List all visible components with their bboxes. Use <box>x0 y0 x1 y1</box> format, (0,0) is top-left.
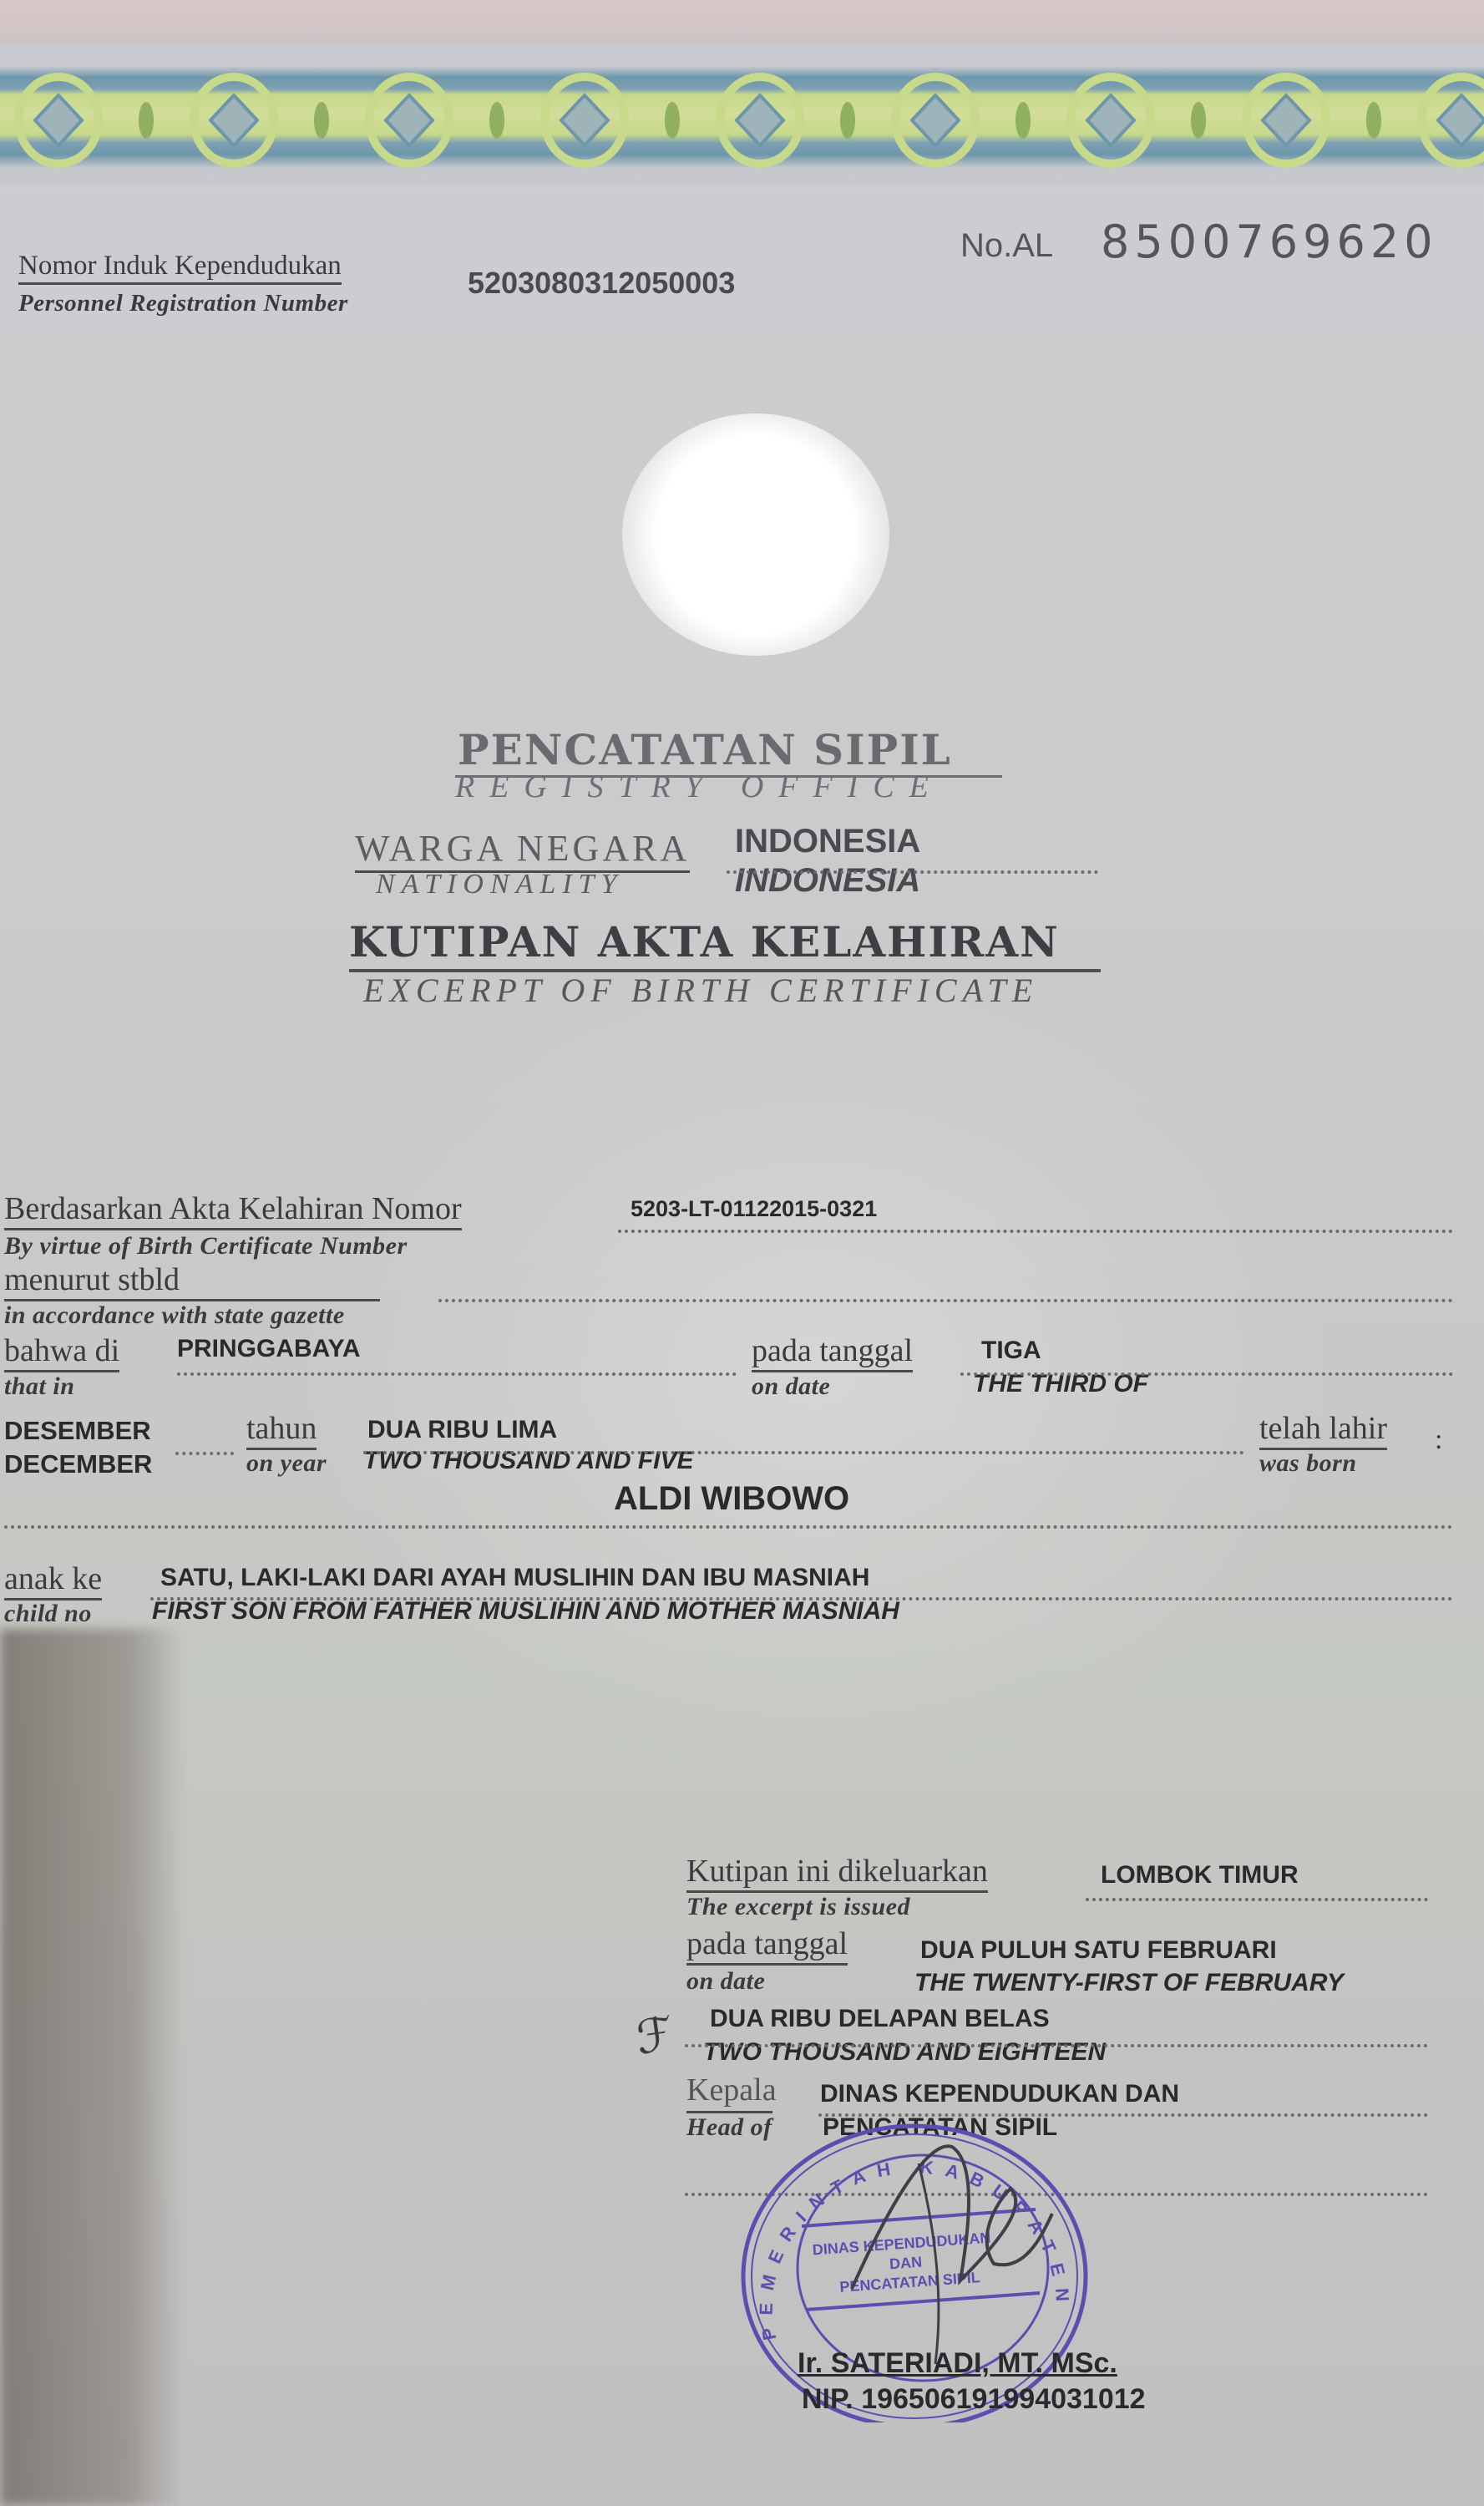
issue-date-value-en: THE TWENTY-FIRST OF FEBRUARY <box>914 1969 1344 1997</box>
born-label-en: was born <box>1259 1449 1357 1478</box>
stbld-label-id-text: menurut stbld <box>4 1262 380 1301</box>
issue-date-label-en: on date <box>686 1967 765 1996</box>
serial-number: 8500769620 <box>1101 216 1438 268</box>
place-label-id: bahwa di <box>4 1332 119 1369</box>
issue-date-label-id-text: pada tanggal <box>686 1926 848 1966</box>
official-name: Ir. SATERIADI, MT. MSc. <box>798 2347 1117 2380</box>
birth-date-dotted-line <box>960 1372 1453 1376</box>
child-order-label-id: anak ke <box>4 1560 102 1597</box>
born-colon: : <box>1435 1424 1442 1456</box>
cert-number-label-en: By virtue of Birth Certificate Number <box>4 1232 408 1261</box>
born-label-id-text: telah lahir <box>1259 1411 1387 1450</box>
issue-date-label-id: pada tanggal <box>686 1925 848 1962</box>
background-strip <box>0 0 1484 43</box>
birth-month-value-en: DECEMBER <box>4 1449 152 1479</box>
cert-number-label-id: Berdasarkan Akta Kelahiran Nomor <box>4 1190 462 1227</box>
child-order-value-en: FIRST SON FROM FATHER MUSLIHIN AND MOTHE… <box>152 1597 899 1626</box>
issued-place-value: LOMBOK TIMUR <box>1101 1861 1299 1890</box>
stamp-center-line2: DAN <box>889 2254 922 2273</box>
nationality-label-id: WARGA NEGARA <box>355 827 690 870</box>
birth-date-label-id-text: pada tanggal <box>752 1333 913 1372</box>
handwritten-mark-icon: ℱ <box>633 2006 677 2065</box>
svg-text:PEMERINTAH KABUPATEN LOMBOK TI: PEMERINTAH KABUPATEN LOMBOK TIMUR <box>727 2113 1074 2341</box>
birth-date-label-id: pada tanggal <box>752 1332 913 1369</box>
born-label-id: telah lahir <box>1259 1410 1387 1447</box>
child-order-value-id: SATU, LAKI-LAKI DARI AYAH MUSLIHIN DAN I… <box>160 1564 869 1592</box>
cert-number-label-id-text: Berdasarkan Akta Kelahiran Nomor <box>4 1191 462 1230</box>
place-dotted-line <box>177 1372 737 1376</box>
issued-label-id-text: Kutipan ini dikeluarkan <box>686 1854 988 1893</box>
serial-prefix: No.AL <box>960 227 1053 265</box>
office-title-en: REGISTRY OFFICE <box>455 769 944 805</box>
hand-shadow <box>0 1629 184 2506</box>
place-value: PRINGGABAYA <box>177 1335 361 1363</box>
nationality-value-en: INDONESIA <box>735 862 920 900</box>
child-order-label-id-text: anak ke <box>4 1561 102 1600</box>
birth-year-dotted-line <box>363 1451 1244 1454</box>
camera-flash-glare <box>622 413 889 656</box>
cert-number-dotted-line <box>618 1230 1453 1233</box>
name-dotted-line <box>4 1525 1453 1529</box>
birth-year-label-id-text: tahun <box>246 1411 317 1450</box>
birth-year-label-id: tahun <box>246 1410 317 1447</box>
nationality-label-id-text: WARGA NEGARA <box>355 828 690 873</box>
child-order-label-en: child no <box>4 1600 92 1628</box>
issue-date-value-id: DUA PULUH SATU FEBRUARI <box>920 1936 1277 1965</box>
issue-year-value-en: TWO THOUSAND AND EIGHTEEN <box>703 2038 1106 2067</box>
birth-year-label-en: on year <box>246 1449 327 1478</box>
cert-number-value: 5203-LT-01122015-0321 <box>631 1196 877 1222</box>
border-pattern-icon <box>0 43 1484 185</box>
birth-month-value-id: DESEMBER <box>4 1416 151 1446</box>
child-order-dotted-line <box>150 1597 1453 1600</box>
child-name: ALDI WIBOWO <box>614 1480 849 1518</box>
office-title-id: PENCATATAN SIPIL <box>458 725 952 774</box>
issue-year-value-id: DUA RIBU DELAPAN BELAS <box>710 2005 1050 2033</box>
birth-date-value-id: TIGA <box>981 1337 1041 1365</box>
birth-year-value-id: DUA RIBU LIMA <box>367 1416 557 1444</box>
stbld-label-en: in accordance with state gazette <box>4 1301 345 1330</box>
nationality-label-en: NATIONALITY <box>376 869 623 900</box>
stbld-label-id: menurut stbld <box>4 1261 380 1298</box>
issued-label-en: The excerpt is issued <box>686 1893 910 1921</box>
decorative-border-band <box>0 43 1484 185</box>
document-title-id: KUTIPAN AKTA KELAHIRAN <box>349 917 1060 966</box>
nik-label-id: Nomor Induk Kependudukan <box>18 251 342 282</box>
nationality-dotted-line <box>727 870 1098 874</box>
nik-label-id-text: Nomor Induk Kependudukan <box>18 251 342 285</box>
certificate-page: Nomor Induk Kependudukan Personnel Regis… <box>0 0 1484 2506</box>
stbld-dotted-line <box>438 1299 1453 1302</box>
head-label-id: Kepala <box>686 2072 777 2108</box>
nik-value: 5203080312050003 <box>468 266 735 301</box>
document-title-en: EXCERPT OF BIRTH CERTIFICATE <box>363 971 1038 1010</box>
month-dotted-line <box>175 1452 234 1455</box>
head-value-line1: DINAS KEPENDUDUKAN DAN <box>820 2080 1179 2108</box>
nik-label-en: Personnel Registration Number <box>18 290 348 317</box>
place-label-en: that in <box>4 1372 74 1401</box>
issued-place-dotted-line <box>1086 1898 1428 1901</box>
issue-year-dotted-line <box>685 2044 1428 2047</box>
official-nip: NIP. 196506191994031012 <box>802 2383 1146 2416</box>
nationality-value-id: INDONESIA <box>735 823 920 860</box>
place-label-id-text: bahwa di <box>4 1333 119 1372</box>
birth-date-label-en: on date <box>752 1372 830 1401</box>
issued-label-id: Kutipan ini dikeluarkan <box>686 1853 988 1890</box>
